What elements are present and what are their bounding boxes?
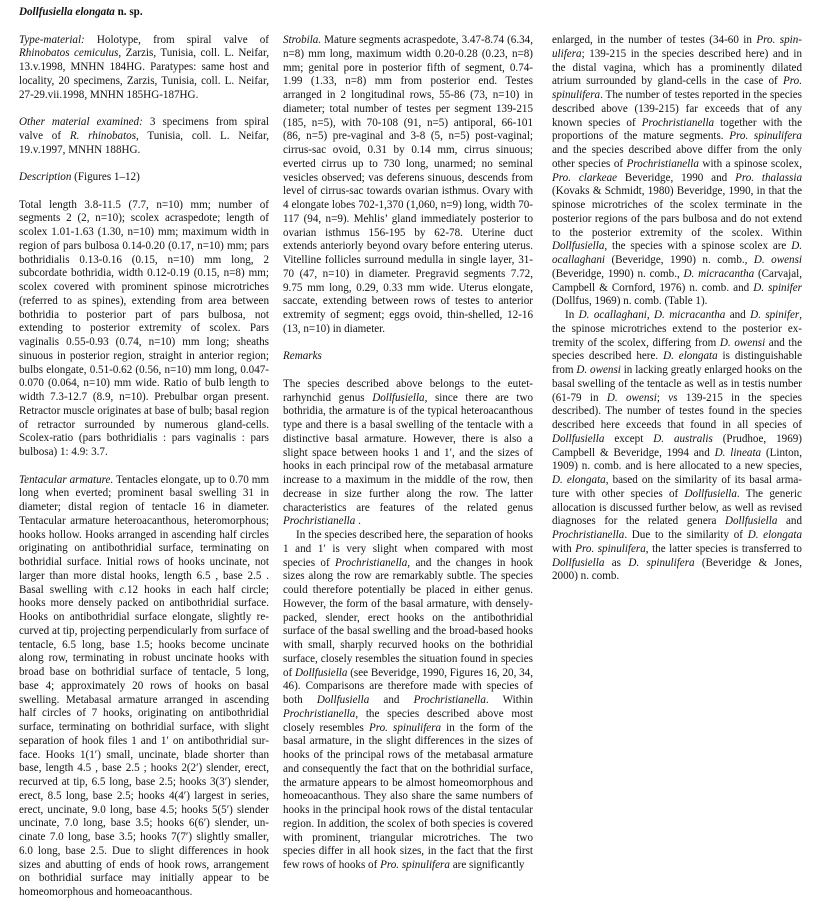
species-name: Pro. spinulifera — [380, 859, 450, 871]
type-material-paragraph: Type-material: Holotype, from spiral val… — [19, 34, 269, 103]
type-material-label: Type-material: — [19, 34, 85, 46]
species-name: D. elongata — [663, 350, 718, 362]
species-name: D. owensi — [607, 392, 657, 404]
text: (Beveridge, 1990) n. comb., — [605, 254, 754, 266]
species-name: D. owensi — [720, 337, 765, 349]
species-name: Pro. spin­ulifera — [369, 722, 441, 734]
genus-name: Prochristianella — [627, 158, 699, 170]
genus-name: Dollfusiella — [552, 557, 604, 569]
new-species-marker: n. sp. — [115, 6, 143, 18]
text: with — [552, 543, 575, 555]
species-name: D. elongata — [552, 474, 606, 486]
text: (Kovaks & Schmidt, 1980) Beveridge, 1990… — [552, 185, 802, 238]
text: and — [369, 694, 413, 706]
text: as — [604, 557, 628, 569]
species-name: Pro. spin­ulifera — [729, 130, 802, 142]
text: Beveridge, 1990 and — [617, 172, 735, 184]
genus-name: Dollfusiella — [725, 515, 777, 527]
genus-name: Dollfusiella — [295, 667, 347, 679]
tentacular-armature-label: Tentacular armature. — [19, 474, 113, 486]
text: Mature segments acraspedote, 3.47-8.74 (… — [283, 34, 533, 335]
text: and the changes in hook sizes along the … — [283, 557, 533, 679]
text: , the latter species is transferred to — [646, 543, 802, 555]
column-left: Dollfusiella elongata n. sp. Type-materi… — [19, 6, 269, 900]
genus-name: Prochristianella — [552, 529, 624, 541]
other-material-label: Other material examined: — [19, 116, 143, 128]
text: . Due to the similarity of — [624, 529, 747, 541]
other-material-paragraph: Other material examined: 3 specimens fro… — [19, 116, 269, 157]
remarks-paragraph-1: The species described above belongs to t… — [283, 378, 533, 529]
comparison-paragraph-2: In D. ocallaghani, D. micracantha and D.… — [552, 309, 802, 584]
comparison-paragraph-1: enlarged, in the number of testes (34-60… — [552, 34, 802, 309]
text: . — [355, 515, 361, 527]
species-name: D. owensi — [576, 364, 620, 376]
description-paragraph: Total length 3.8-11.5 (7.7, n=10) mm; nu… — [19, 199, 269, 460]
text: since there are two bothridia, the armat… — [283, 392, 533, 514]
genus-name: Prochristianella — [283, 708, 355, 720]
remarks-paragraph-2: In the species described here, the separ… — [283, 529, 533, 873]
text: In — [565, 309, 579, 321]
tentacular-armature-paragraph: Tentacular armature. Tentacles elongate,… — [19, 474, 269, 900]
text: , — [647, 309, 654, 321]
text: except — [604, 433, 653, 445]
host-name: Rhinobatos cemiculus, — [19, 47, 121, 59]
strobila-paragraph: Strobila. Mature segments acraspedote, 3… — [283, 34, 533, 337]
species-name: D. micracantha — [684, 268, 755, 280]
genus-name: Prochristianella, — [335, 557, 410, 569]
description-label: Description — [19, 171, 71, 183]
genus-name: Prochristianella — [414, 694, 486, 706]
text: (Dollfus, 1969) n. comb. (Table 1). — [552, 295, 707, 307]
text: . Within — [486, 694, 533, 706]
text: ; 139-215 in the species described here)… — [552, 48, 802, 88]
circa-abbrev: c. — [119, 584, 127, 596]
text: are significantly — [450, 859, 525, 871]
text: and — [777, 515, 802, 527]
figure-reference: (Figures 1–12) — [71, 171, 139, 183]
genus-name: Dollfusiella — [317, 694, 369, 706]
genus-name: Dollfusiella, — [372, 392, 427, 404]
remarks-heading: Remarks — [283, 350, 533, 364]
species-name: D. australis — [653, 433, 713, 445]
species-name: D. ocallaghani — [579, 309, 647, 321]
text: Holotype, from spiral valve of — [85, 34, 269, 46]
genus-name: Dollfusiella — [685, 488, 737, 500]
species-name: D. micracantha — [654, 309, 725, 321]
text: 12 hooks in each half circle; hooks more… — [19, 584, 269, 899]
species-name: D. spinifer — [750, 309, 799, 321]
species-name: Pro. spinulifera — [575, 543, 646, 555]
text: and — [725, 309, 750, 321]
species-name: Dollfusiella elongata — [19, 6, 115, 18]
species-name: D. elongata — [748, 529, 802, 541]
species-title: Dollfusiella elongata n. sp. — [19, 6, 269, 20]
description-heading: Description (Figures 1–12) — [19, 171, 269, 185]
species-name: D. owensi — [754, 254, 802, 266]
heading-text: Remarks — [283, 350, 322, 362]
species-name: Pro. thalas­sia — [735, 172, 802, 184]
genus-name: Prochristianella — [283, 515, 355, 527]
text: in the form of the basal armature, in th… — [283, 722, 533, 872]
species-name: D. lineata — [715, 447, 761, 459]
species-name: Pro. clarkeae — [552, 172, 617, 184]
text: ; — [657, 392, 668, 404]
column-right: enlarged, in the number of testes (34-60… — [552, 34, 802, 584]
text: , the species with a spinose scolex are — [604, 240, 791, 252]
text: Tentacles elongate, up to 0.70 mm long w… — [19, 474, 269, 596]
genus-name: Dollfusiella — [552, 240, 604, 252]
text: with a spinose scolex, — [699, 158, 802, 170]
text: (Beveridge, 1990) n. comb., — [552, 268, 684, 280]
genus-name: Dollfusiella — [552, 433, 604, 445]
species-name: D. spinifer — [753, 282, 802, 294]
species-name: D. spinulifera — [628, 557, 694, 569]
column-middle: Strobila. Mature segments acraspedote, 3… — [283, 34, 533, 873]
host-name: R. rhinobatos — [70, 130, 136, 142]
text: enlarged, in the number of testes (34-60… — [552, 34, 756, 46]
strobila-label: Strobila. — [283, 34, 321, 46]
genus-name: Prochristianella — [642, 117, 714, 129]
